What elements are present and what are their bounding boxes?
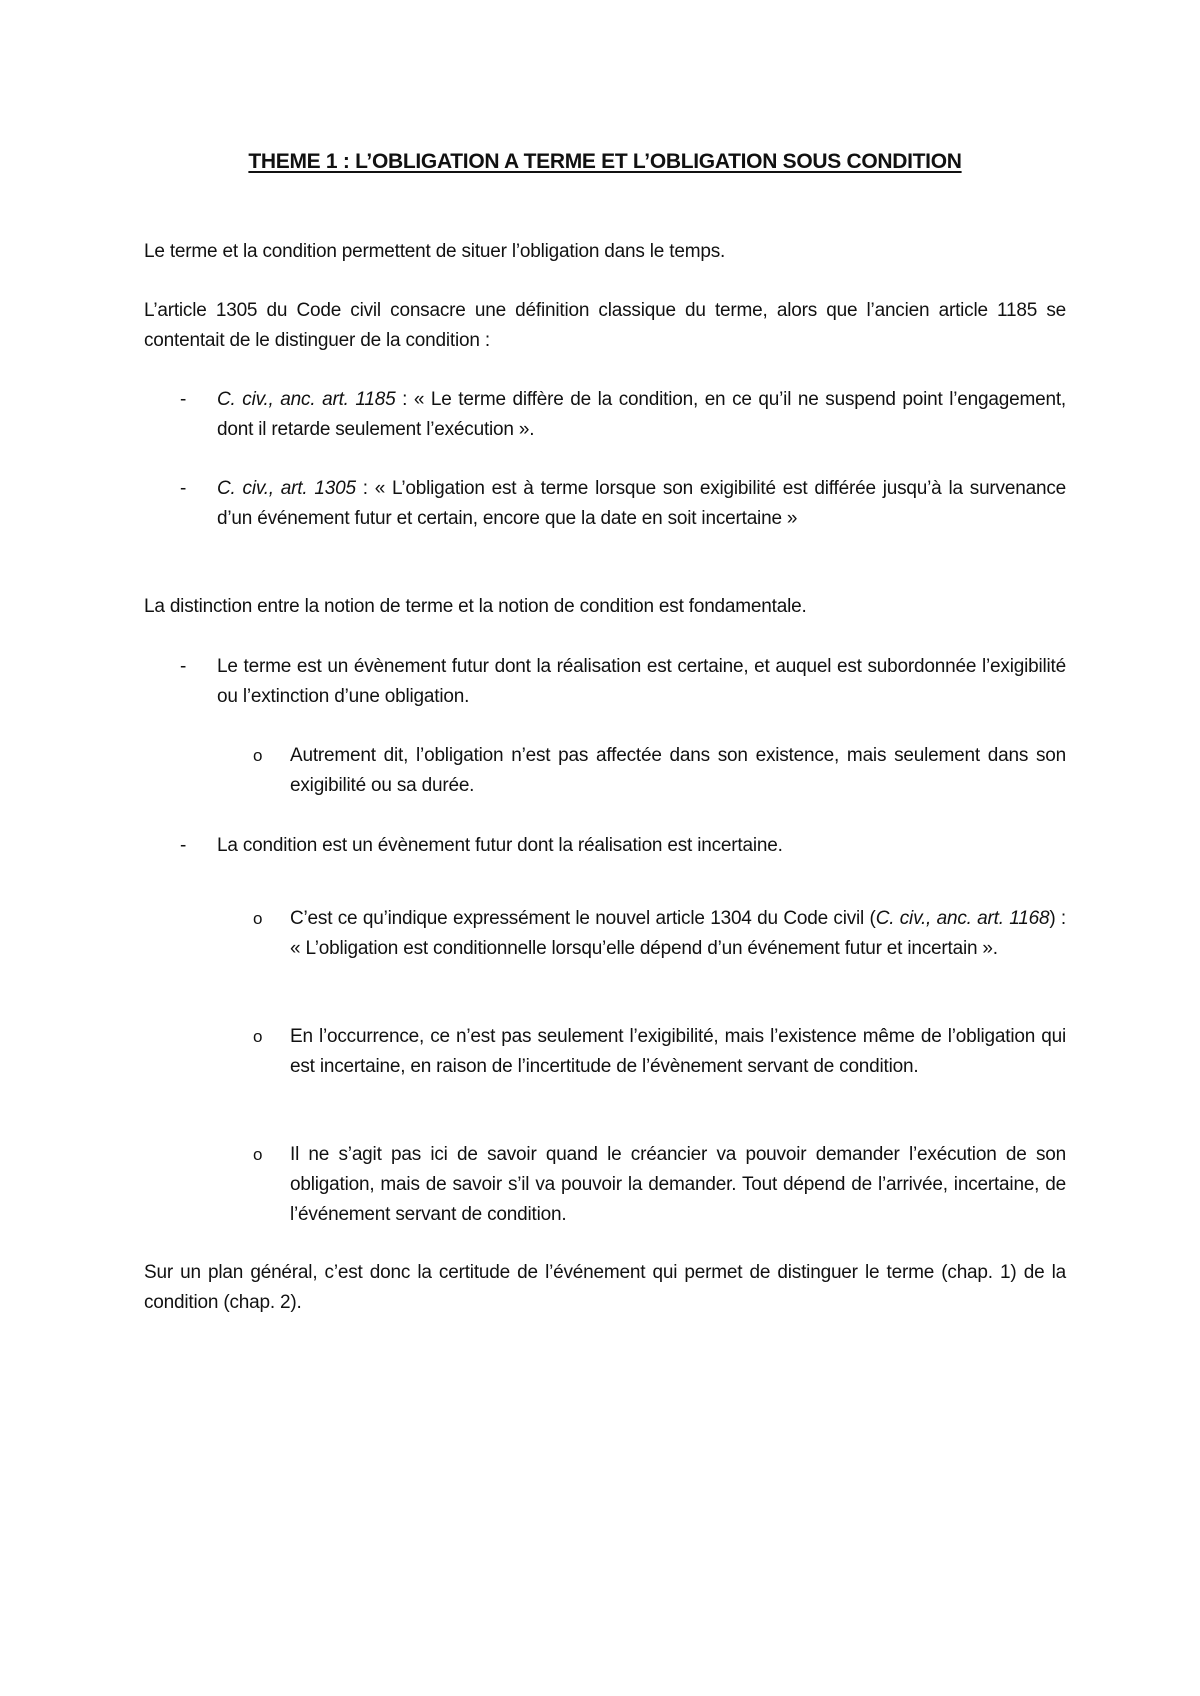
citation-anc-1185: - C. civ., anc. art. 1185 : « Le terme d… <box>180 385 1066 445</box>
terme-sub-bullet-text: Autrement dit, l’obligation n’est pas af… <box>290 741 1066 801</box>
citation-text: C. civ., anc. art. 1185 : « Le terme dif… <box>217 385 1066 445</box>
intro-paragraph: Le terme et la condition permettent de s… <box>144 237 1066 267</box>
citation-ref: C. civ., anc. art. 1185 <box>217 389 395 410</box>
citation-ref: C. civ., anc. art. 1168 <box>876 908 1050 929</box>
conclusion-paragraph: Sur un plan général, c’est donc la certi… <box>144 1258 1066 1318</box>
article-paragraph: L’article 1305 du Code civil consacre un… <box>144 296 1066 356</box>
distinction-paragraph: La distinction entre la notion de terme … <box>144 592 1066 622</box>
condition-bullet: - La condition est un évènement futur do… <box>180 831 1066 861</box>
condition-sub-bullet-text: C’est ce qu’indique expressément le nouv… <box>290 904 1066 964</box>
dash-bullet-icon: - <box>180 474 186 504</box>
condition-sub-bullet-occurrence: o En l’occurrence, ce n’est pas seulemen… <box>253 1022 1066 1082</box>
condition-sub-bullet-savoir: o Il ne s’agit pas ici de savoir quand l… <box>253 1140 1066 1230</box>
dash-bullet-icon: - <box>180 652 186 682</box>
circle-bullet-icon: o <box>253 904 262 934</box>
dash-bullet-icon: - <box>180 385 186 415</box>
citation-text: C. civ., art. 1305 : « L’obligation est … <box>217 474 1066 534</box>
citation-art-1305: - C. civ., art. 1305 : « L’obligation es… <box>180 474 1066 534</box>
terme-sub-bullet: o Autrement dit, l’obligation n’est pas … <box>253 741 1066 801</box>
circle-bullet-icon: o <box>253 1022 262 1052</box>
circle-bullet-icon: o <box>253 1140 262 1170</box>
citation-ref: C. civ., art. 1305 <box>217 478 356 499</box>
condition-sub-bullet-text: Il ne s’agit pas ici de savoir quand le … <box>290 1140 1066 1230</box>
terme-bullet-text: Le terme est un évènement futur dont la … <box>217 652 1066 712</box>
dash-bullet-icon: - <box>180 831 186 861</box>
circle-bullet-icon: o <box>253 741 262 771</box>
condition-bullet-text: La condition est un évènement futur dont… <box>217 831 1066 861</box>
condition-sub-bullet-1304: o C’est ce qu’indique expressément le no… <box>253 904 1066 964</box>
terme-bullet: - Le terme est un évènement futur dont l… <box>180 652 1066 712</box>
condition-sub-bullet-text: En l’occurrence, ce n’est pas seulement … <box>290 1022 1066 1082</box>
document-title: THEME 1 : L’OBLIGATION A TERME ET L’OBLI… <box>144 147 1066 177</box>
